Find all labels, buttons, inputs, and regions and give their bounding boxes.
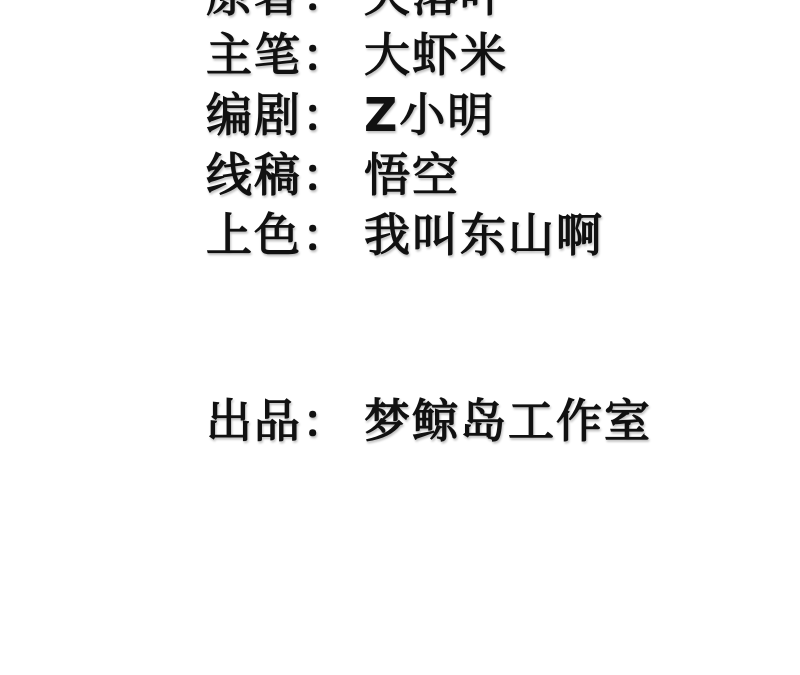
credit-producer: 出品：梦鲸岛工作室 (206, 398, 652, 444)
credit-name: 天落叶 (364, 0, 508, 18)
credit-original-author: 原著：天落叶 (206, 0, 508, 18)
credit-role: 原著： (206, 0, 364, 18)
credit-name: 梦鲸岛工作室 (364, 398, 652, 444)
credit-coloring: 上色：我叫东山啊 (206, 212, 604, 258)
credit-name: 我叫东山啊 (364, 212, 604, 258)
credit-name: 大虾米 (364, 32, 508, 78)
credit-line-art: 线稿：悟空 (206, 152, 460, 198)
credit-role: 出品： (206, 398, 364, 444)
credit-name: 悟空 (364, 152, 460, 198)
credit-role: 线稿： (206, 152, 364, 198)
credit-name: Z小明 (364, 92, 495, 138)
credit-screenwriter: 编剧：Z小明 (206, 92, 495, 138)
credit-lead-artist: 主笔：大虾米 (206, 32, 508, 78)
credit-role: 编剧： (206, 92, 364, 138)
credit-role: 主笔： (206, 32, 364, 78)
credit-role: 上色： (206, 212, 364, 258)
